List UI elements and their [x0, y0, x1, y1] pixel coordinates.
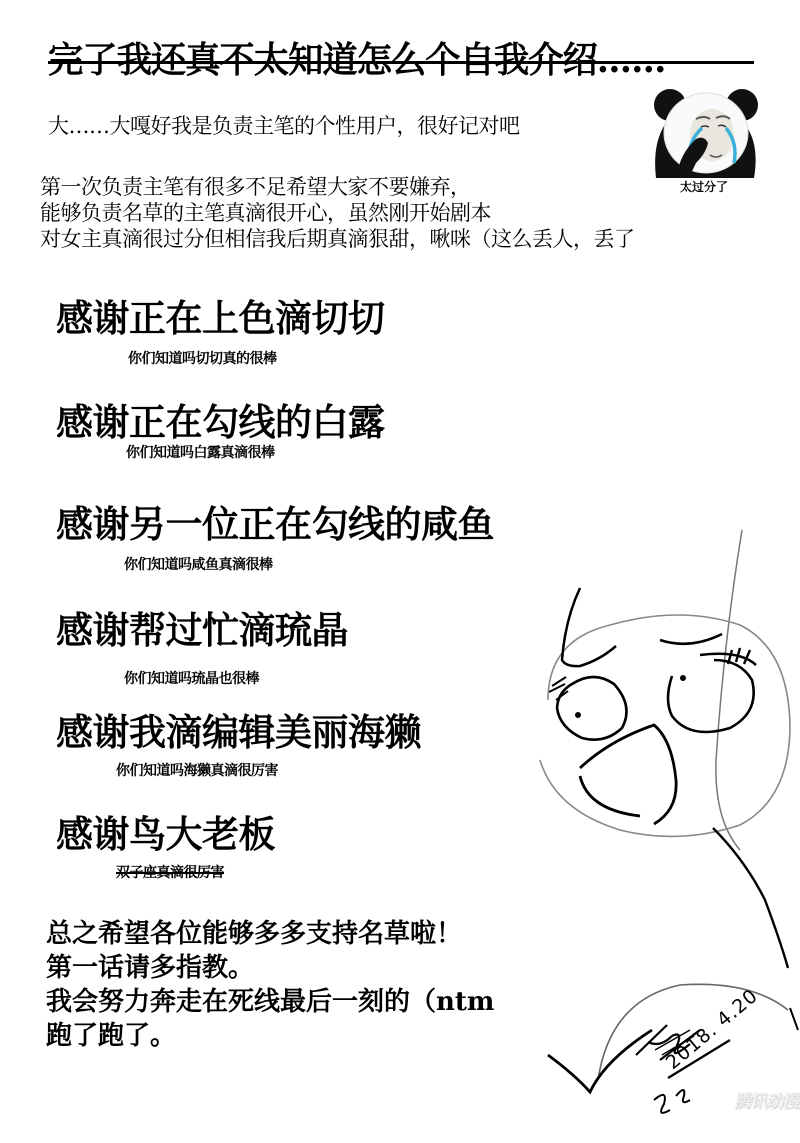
intro-text: 大……大嘎好我是负责主笔的个性用户，很好记对吧 [48, 112, 520, 140]
thanks-heading: 感谢鸟大老板 [56, 812, 275, 856]
signature-date: 2018. 4.20 [662, 985, 763, 1074]
thanks-note: 你们知道吗琉晶也很棒 [124, 670, 259, 688]
thanks-heading: 感谢帮过忙滴琉晶 [56, 608, 348, 652]
thanks-heading: 感谢正在上色滴切切 [56, 296, 385, 340]
title-strikethrough-line [48, 61, 754, 64]
paragraph-line: 第一次负责主笔有很多不足希望大家不要嫌弃， [40, 174, 635, 200]
closing-line: 我会努力奔走在死线最后一刻的（ntm [46, 986, 494, 1020]
thanks-heading: 感谢正在勾线的白露 [56, 400, 385, 444]
thanks-note: 你们知道吗海獭真滴很厉害 [116, 762, 278, 780]
thanks-note: 你们知道吗切切真的很棒 [128, 350, 277, 368]
page-title: 完了我还真不太知道怎么个自我介绍…… [48, 38, 665, 82]
closing-line: 总之希望各位能够多多支持名草啦！ [46, 918, 494, 952]
closing-text: 总之希望各位能够多多支持名草啦！ 第一话请多指教。 我会努力奔走在死线最后一刻的… [46, 918, 494, 1054]
thanks-note: 你们知道吗咸鱼真滴很棒 [124, 556, 273, 574]
meme-caption: 太过分了 [680, 180, 728, 194]
watermark-logo: 腾讯动漫 [734, 1087, 800, 1112]
intro-paragraph: 第一次负责主笔有很多不足希望大家不要嫌弃， 能够负责名草的主笔真滴很开心，虽然刚… [40, 174, 635, 252]
thanks-note-strikethrough: 双子座真滴很厉害 [116, 864, 224, 882]
paragraph-line: 能够负责名草的主笔真滴很开心，虽然刚开始剧本 [40, 200, 635, 226]
paragraph-line: 对女主真滴很过分但相信我后期真滴狠甜，啾咪（这么丢人，丢了 [40, 226, 635, 252]
thanks-note: 你们知道吗白露真滴很棒 [126, 444, 275, 462]
closing-line: 第一话请多指教。 [46, 952, 494, 986]
thanks-heading: 感谢我滴编辑美丽海獭 [56, 710, 421, 754]
thanks-heading: 感谢另一位正在勾线的咸鱼 [56, 502, 494, 546]
closing-line: 跑了跑了。 [46, 1020, 494, 1054]
